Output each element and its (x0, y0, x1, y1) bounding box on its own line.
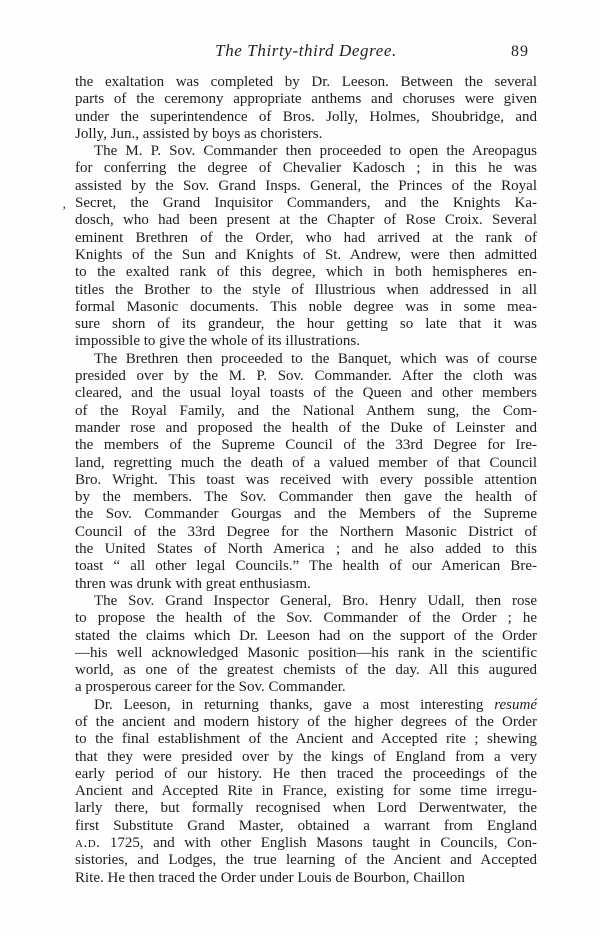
text-line: A.D. 1725, and with other English Masons… (75, 835, 537, 852)
text-line: the Sov. Commander Gourgas and the Membe… (75, 506, 537, 523)
text-line: to propose the health of the Sov. Comman… (75, 610, 537, 627)
text-line: sistories, and Lodges, the true learning… (75, 852, 537, 869)
text-line: The M. P. Sov. Commander then proceeded … (75, 143, 537, 160)
paragraph: The M. P. Sov. Commander then proceeded … (75, 143, 537, 351)
text-line: by the members. The Sov. Commander then … (75, 489, 537, 506)
text-segment: Dr. Leeson, in returning thanks, gave a … (94, 697, 494, 713)
text-line: presided over by the M. P. Sov. Commande… (75, 368, 537, 385)
text-line: the United States of North America ; and… (75, 541, 537, 558)
text-line: of the ancient and modern history of the… (75, 714, 537, 731)
text-line: assisted by the Sov. Grand Insps. Genera… (75, 178, 537, 195)
text-line: first Substitute Grand Master, obtained … (75, 818, 537, 835)
text-line: The Brethren then proceeded to the Banqu… (75, 351, 537, 368)
italic-text: resumé (494, 697, 537, 713)
document-page: The Thirty-third Degree. 89 ’ the exalta… (0, 0, 599, 934)
text-line: that they were presided over by the king… (75, 749, 537, 766)
page-header: The Thirty-third Degree. 89 (75, 41, 537, 65)
text-line: of the Royal Family, and the National An… (75, 403, 537, 420)
text-line: to the final establishment of the Ancien… (75, 731, 537, 748)
text-line: cleared, and the usual loyal toasts of t… (75, 385, 537, 402)
text-line: sure shorn of its grandeur, the hour get… (75, 316, 537, 333)
paragraph: the exaltation was completed by Dr. Lees… (75, 74, 537, 143)
paragraph: The Brethren then proceeded to the Banqu… (75, 351, 537, 593)
text-line: The Sov. Grand Inspector General, Bro. H… (75, 593, 537, 610)
text-line: dosch, who had been present at the Chapt… (75, 212, 537, 229)
text-line: stated the claims which Dr. Leeson had o… (75, 628, 537, 645)
text-line: parts of the ceremony appropriate anthem… (75, 91, 537, 108)
text-line: Dr. Leeson, in returning thanks, gave a … (75, 697, 537, 714)
text-line: early period of our history. He then tra… (75, 766, 537, 783)
text-line: the exaltation was completed by Dr. Lees… (75, 74, 537, 91)
text-line: —his well acknowledged Masonic position—… (75, 645, 537, 662)
text-line: thren was drunk with great enthusiasm. (75, 576, 537, 593)
text-line: mander rose and proposed the health of t… (75, 420, 537, 437)
text-line: the members of the Supreme Council of th… (75, 437, 537, 454)
text-line: under the superintendence of Bros. Jolly… (75, 109, 537, 126)
running-title: The Thirty-third Degree. (75, 41, 537, 61)
text-line: Jolly, Jun., assisted by boys as chorist… (75, 126, 537, 143)
text-line: land, regretting much the death of a val… (75, 455, 537, 472)
page-body: the exaltation was completed by Dr. Lees… (75, 74, 537, 887)
text-line: Rite. He then traced the Order under Lou… (75, 870, 537, 887)
text-line: a prosperous career for the Sov. Command… (75, 679, 537, 696)
text-line: titles the Brother to the style of Illus… (75, 282, 537, 299)
text-line: Secret, the Grand Inquisitor Commanders,… (75, 195, 537, 212)
text-line: formal Masonic documents. This noble deg… (75, 299, 537, 316)
text-line: Council of the 33rd Degree for the North… (75, 524, 537, 541)
text-line: Knights of the Sun and Knights of St. An… (75, 247, 537, 264)
text-line: larly there, but formally recognised whe… (75, 800, 537, 817)
text-line: Bro. Wright. This toast was received wit… (75, 472, 537, 489)
text-segment: 1725, and with other English Masons taug… (100, 835, 537, 851)
text-line: impossible to give the whole of its illu… (75, 333, 537, 350)
paragraph: Dr. Leeson, in returning thanks, gave a … (75, 697, 537, 887)
text-line: toast “ all other legal Councils.” The h… (75, 558, 537, 575)
margin-mark: ’ (62, 203, 66, 219)
paragraph: The Sov. Grand Inspector General, Bro. H… (75, 593, 537, 697)
text-line: for conferring the degree of Chevalier K… (75, 160, 537, 177)
text-line: eminent Brethren of the Order, who had a… (75, 230, 537, 247)
text-line: Ancient and Accepted Rite in France, exi… (75, 783, 537, 800)
page-number: 89 (511, 43, 529, 61)
smallcaps-text: A.D. (75, 835, 100, 851)
text-line: world, as one of the greatest chemists o… (75, 662, 537, 679)
text-line: to the exalted rank of this degree, whic… (75, 264, 537, 281)
